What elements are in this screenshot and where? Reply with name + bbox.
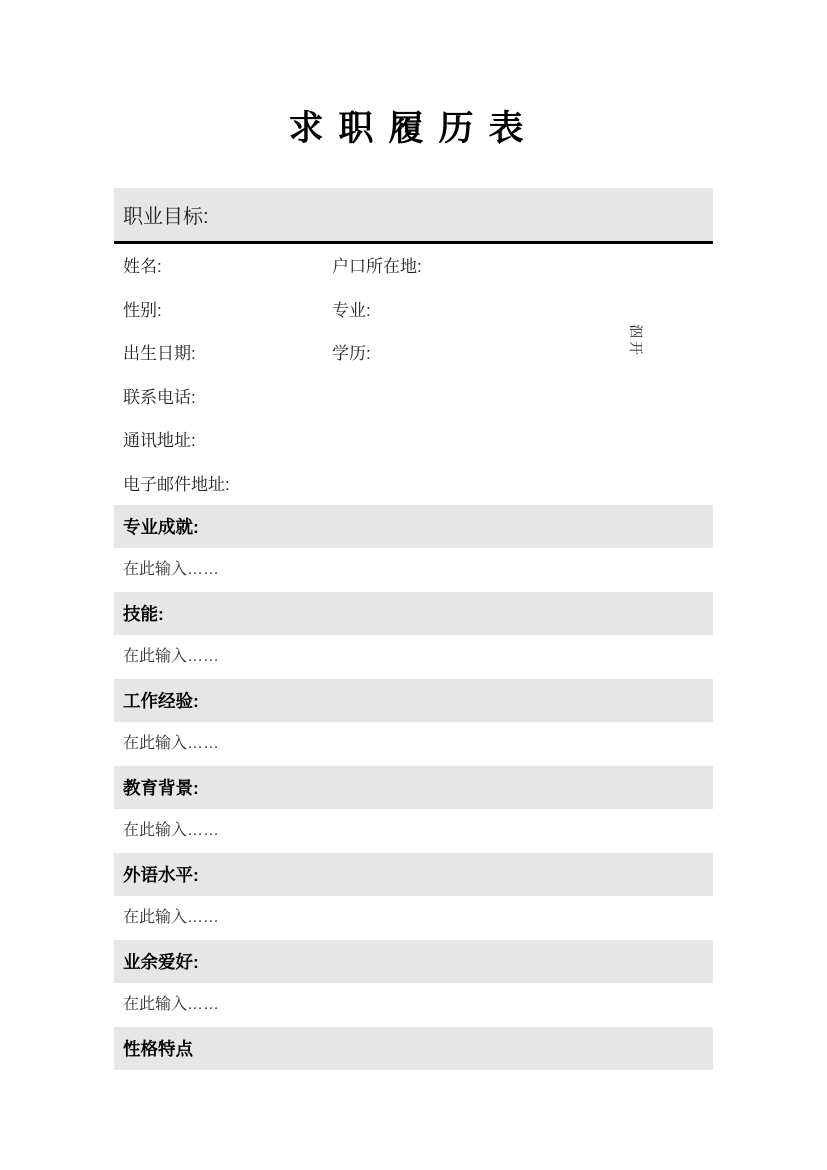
info-row: 通讯地址: xyxy=(114,431,713,475)
info-field-label-left: 出生日期: xyxy=(114,344,332,364)
section-header: 外语水平: xyxy=(114,853,713,896)
section-input-placeholder[interactable]: 在此输入…… xyxy=(123,734,713,753)
section: 教育背景:在此输入…… xyxy=(114,766,713,853)
info-field-label-right: 户口所在地: xyxy=(332,257,713,277)
section: 外语水平:在此输入…… xyxy=(114,853,713,940)
page-title: 求职履历表 xyxy=(0,101,827,151)
objective-section-header: 职业目标: xyxy=(114,188,713,244)
info-row: 性别:专业: xyxy=(114,301,713,345)
section: 工作经验:在此输入…… xyxy=(114,679,713,766)
section: 性格特点 xyxy=(114,1027,713,1114)
info-field-label-left: 性别: xyxy=(114,301,332,321)
info-field-label-left: 电子邮件地址: xyxy=(114,475,332,495)
section-input-placeholder[interactable]: 在此输入…… xyxy=(123,821,713,840)
section-header: 专业成就: xyxy=(114,505,713,548)
personal-info: 姓名:户口所在地:性别:专业:出生日期:学历:联系电话:通讯地址:电子邮件地址: xyxy=(114,257,713,518)
info-field-label-right: 学历: xyxy=(332,344,713,364)
section-header: 性格特点 xyxy=(114,1027,713,1070)
section-input-placeholder[interactable]: 在此输入…… xyxy=(123,560,713,579)
section: 专业成就:在此输入…… xyxy=(114,505,713,592)
section-header: 技能: xyxy=(114,592,713,635)
section-header: 业余爱好: xyxy=(114,940,713,983)
info-field-label-right: 专业: xyxy=(332,301,713,321)
rotated-watermark-text: 泅开 xyxy=(626,324,646,358)
info-row: 出生日期:学历: xyxy=(114,344,713,388)
info-field-label-left: 姓名: xyxy=(114,257,332,277)
info-field-label-left: 联系电话: xyxy=(114,388,332,408)
info-row: 联系电话: xyxy=(114,388,713,432)
info-row: 姓名:户口所在地: xyxy=(114,257,713,301)
section-input-placeholder[interactable]: 在此输入…… xyxy=(123,647,713,666)
section-header: 教育背景: xyxy=(114,766,713,809)
resume-document-page: 求职履历表 职业目标: 姓名:户口所在地:性别:专业:出生日期:学历:联系电话:… xyxy=(0,0,827,1170)
sections: 专业成就:在此输入……技能:在此输入……工作经验:在此输入……教育背景:在此输入… xyxy=(114,505,713,1114)
section-header: 工作经验: xyxy=(114,679,713,722)
info-field-label-left: 通讯地址: xyxy=(114,431,332,451)
section-input-placeholder[interactable]: 在此输入…… xyxy=(123,995,713,1014)
section: 业余爱好:在此输入…… xyxy=(114,940,713,1027)
objective-label: 职业目标: xyxy=(123,200,209,229)
section-input-placeholder[interactable]: 在此输入…… xyxy=(123,908,713,927)
section: 技能:在此输入…… xyxy=(114,592,713,679)
